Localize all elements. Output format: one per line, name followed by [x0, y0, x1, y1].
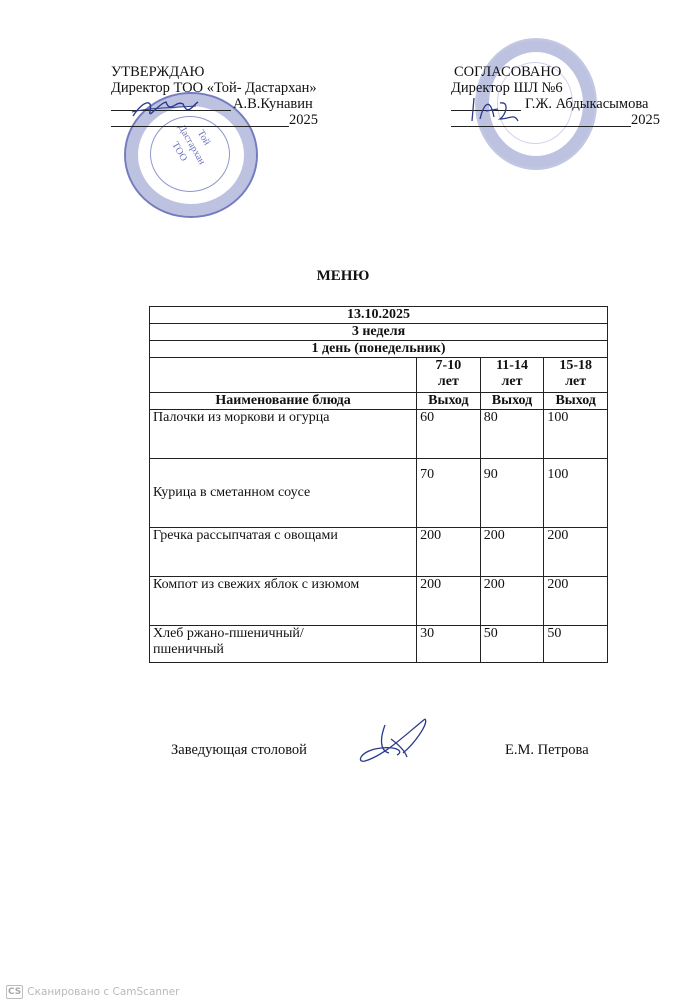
menu-day: 1 день (понедельник) — [150, 341, 608, 358]
approval-heading: УТВЕРЖДАЮ — [111, 64, 321, 80]
age-group-header: 15-18лет — [544, 358, 608, 393]
table-row: Курица в сметанном соусе 70 90 100 — [150, 459, 608, 528]
agreement-signer: Г.Ж. Абдыкасымова — [525, 96, 648, 112]
yield-value: 200 — [544, 528, 608, 577]
menu-table: 13.10.2025 3 неделя 1 день (понедельник)… — [149, 306, 608, 663]
watermark-text: Сканировано с CamScanner — [27, 986, 179, 998]
yield-value: 100 — [544, 410, 608, 459]
scanner-watermark: CS Сканировано с CamScanner — [6, 985, 179, 999]
yield-value: 50 — [544, 626, 608, 663]
yield-value: 200 — [417, 577, 481, 626]
camscanner-icon: CS — [6, 985, 23, 999]
yield-column-header: Выход — [544, 393, 608, 410]
agreement-signature — [466, 93, 526, 125]
yield-value: 30 — [417, 626, 481, 663]
yield-column-header: Выход — [417, 393, 481, 410]
menu-date: 13.10.2025 — [150, 307, 608, 324]
agreement-year: 2025 — [631, 112, 660, 128]
age-group-header: 11-14лет — [480, 358, 544, 393]
yield-value: 90 — [480, 459, 544, 528]
footer-name: Е.М. Петрова — [505, 742, 589, 759]
yield-value: 100 — [544, 459, 608, 528]
yield-value: 80 — [480, 410, 544, 459]
yield-value: 50 — [480, 626, 544, 663]
footer-signature — [355, 715, 435, 765]
menu-week: 3 неделя — [150, 324, 608, 341]
yield-value: 200 — [417, 528, 481, 577]
dish-name: Хлеб ржано-пшеничный/пшеничный — [150, 626, 417, 663]
page-title: МЕНЮ — [0, 268, 686, 285]
table-row: Палочки из моркови и огурца 60 80 100 — [150, 410, 608, 459]
yield-value: 70 — [417, 459, 481, 528]
approval-signature — [128, 96, 203, 124]
yield-value: 200 — [480, 528, 544, 577]
dish-name: Компот из свежих яблок с изюмом — [150, 577, 417, 626]
dish-name: Курица в сметанном соусе — [150, 459, 417, 528]
approval-signer: А.В.Кунавин — [233, 96, 313, 112]
dish-name: Палочки из моркови и огурца — [150, 410, 417, 459]
footer-role: Заведующая столовой — [171, 742, 307, 759]
table-row: Компот из свежих яблок с изюмом 200 200 … — [150, 577, 608, 626]
dish-column-header: Наименование блюда — [150, 393, 417, 410]
agreement-heading: СОГЛАСОВАНО — [451, 64, 641, 80]
yield-value: 60 — [417, 410, 481, 459]
table-row: Гречка рассыпчатая с овощами 200 200 200 — [150, 528, 608, 577]
age-group-header: 7-10лет — [417, 358, 481, 393]
yield-value: 200 — [544, 577, 608, 626]
approval-position: Директор ТОО «Той- Дастархан» — [111, 80, 321, 96]
table-row: Хлеб ржано-пшеничный/пшеничный 30 50 50 — [150, 626, 608, 663]
yield-column-header: Выход — [480, 393, 544, 410]
yield-value: 200 — [480, 577, 544, 626]
dish-name: Гречка рассыпчатая с овощами — [150, 528, 417, 577]
approval-year: 2025 — [289, 112, 318, 128]
empty-header-cell — [150, 358, 417, 393]
